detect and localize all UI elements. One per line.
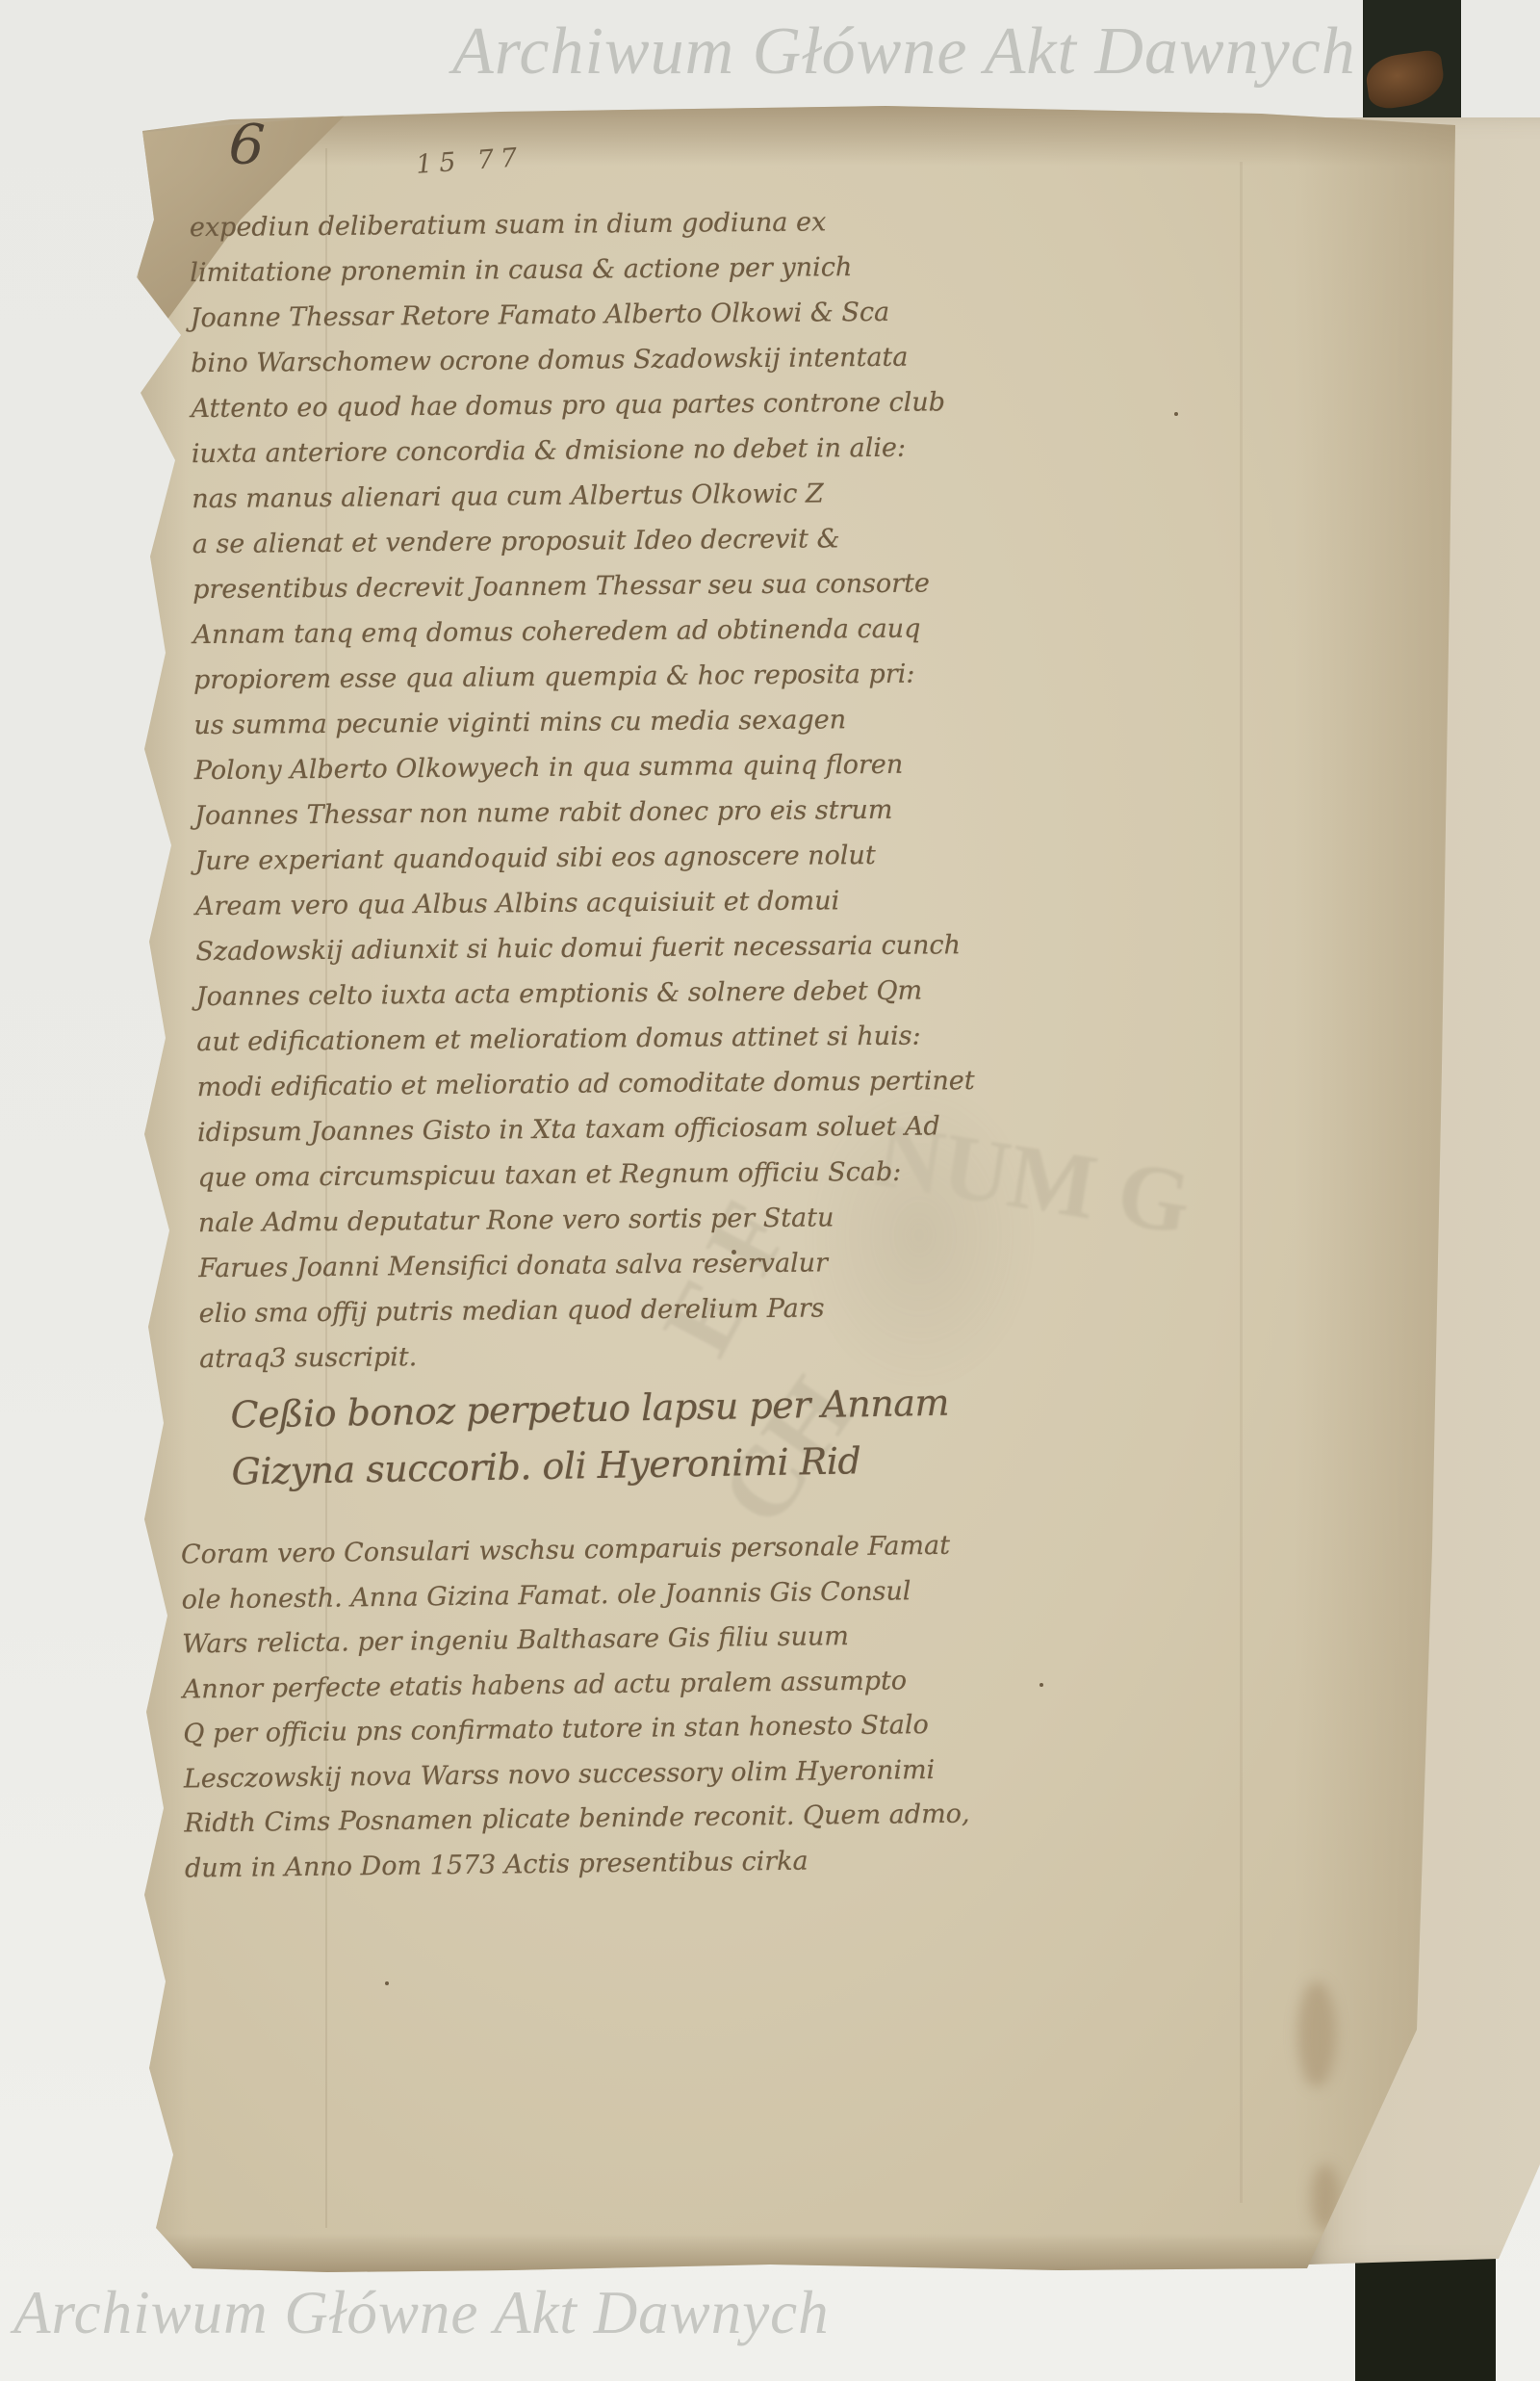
- edge-stain: [1297, 1981, 1336, 2087]
- manuscript-line: presentibus decrevit Joannem Thessar seu…: [192, 561, 885, 612]
- manuscript-line: nale Admu deputatur Rone vero sortis per…: [198, 1195, 891, 1246]
- manuscript-line: dum in Anno Dom 1573 Actis presentibus c…: [185, 1838, 898, 1892]
- heading-line: Gizyna succorib. oli Hyeronimi Rid: [231, 1431, 963, 1500]
- scanned-archive-page: { "scan": { "archive_watermark": "Archiw…: [0, 0, 1540, 2381]
- manuscript-line: aut edificationem et melioratiom domus a…: [196, 1014, 889, 1065]
- manuscript-line: propiorem esse qua alium quempia & hoc r…: [193, 652, 886, 703]
- manuscript-line: a se alienat et vendere proposuit Ideo d…: [192, 516, 885, 567]
- paragraph-1: expediun deliberatium suam in dium godiu…: [190, 199, 893, 1382]
- ink-speck: [1039, 1683, 1043, 1687]
- manuscript-line: que oma circumspicuu taxan et Regnum off…: [197, 1150, 890, 1201]
- manuscript-line: nas manus alienari qua cum Albertus Olko…: [192, 471, 885, 522]
- paragraph-2: Coram vero Consulari wschsu comparuis pe…: [181, 1524, 897, 1891]
- manuscript-line: limitatione pronemin in causa & actione …: [190, 245, 883, 296]
- ink-speck: [385, 1981, 389, 1985]
- manuscript-line: Joannes celto iuxta acta emptionis & sol…: [196, 969, 889, 1020]
- manuscript-line: atraq3 suscripit.: [199, 1331, 892, 1382]
- manuscript-line: Ridth Cims Posnamen plicate beninde reco…: [184, 1793, 897, 1847]
- manuscript-line: elio sma offij putris median quod dereli…: [199, 1285, 892, 1336]
- manuscript-line: Annam tanq emq domus coheredem ad obtine…: [192, 607, 885, 658]
- manuscript-line: Szadowskij adiunxit si huic domui fuerit…: [195, 923, 888, 974]
- manuscript-line: Attento eo quod hae domus pro qua partes…: [191, 380, 884, 431]
- manuscript-line: us summa pecunie viginti mins cu media s…: [193, 697, 886, 748]
- manuscript-line: bino Warschomew ocrone domus Szadowskij …: [191, 335, 884, 386]
- manuscript-line: Joannes Thessar non nume rabit donec pro…: [194, 788, 887, 839]
- archive-watermark-top: Archiwum Główne Akt Dawnych: [452, 13, 1356, 91]
- manuscript-line: Jure experiant quandoquid sibi eos agnos…: [194, 833, 887, 884]
- year-annotation: 15 77: [415, 142, 525, 180]
- manuscript-line: Aream vero qua Albus Albins acquisiuit e…: [195, 878, 888, 929]
- manuscript-line: Coram vero Consulari wschsu comparuis pe…: [181, 1524, 894, 1578]
- folio-number: 6: [227, 111, 268, 178]
- manuscript-line: Joanne Thessar Retore Famato Alberto Olk…: [191, 290, 884, 341]
- ink-speck: [1174, 412, 1178, 416]
- manuscript-line: Polony Alberto Olkowyech in qua summa qu…: [194, 742, 887, 793]
- manuscript-line: modi edificatio et melioratio ad comodit…: [196, 1059, 889, 1110]
- manuscript-line: iuxta anteriore concordia & dmisione no …: [192, 426, 885, 477]
- manuscript-line: Wars relicta. per ingeniu Balthasare Gis…: [182, 1614, 895, 1668]
- manuscript-line: idipsum Joannes Gisto in Xta taxam offic…: [197, 1104, 890, 1155]
- vertical-fold-line: [1240, 162, 1243, 2203]
- manuscript-line: expediun deliberatium suam in dium godiu…: [190, 199, 883, 250]
- manuscript-line: Farues Joanni Mensifici donata salva res…: [198, 1240, 891, 1291]
- section-heading: Ceßio bonoz perpetuo lapsu per AnnamGizy…: [230, 1374, 963, 1500]
- archive-watermark-bottom: Archiwum Główne Akt Dawnych: [13, 2278, 830, 2348]
- manuscript-line: Q per officiu pns confirmato tutore in s…: [183, 1703, 896, 1757]
- manuscript-page: NUM G E F CH 6 15 77 expediun deliberati…: [96, 104, 1458, 2276]
